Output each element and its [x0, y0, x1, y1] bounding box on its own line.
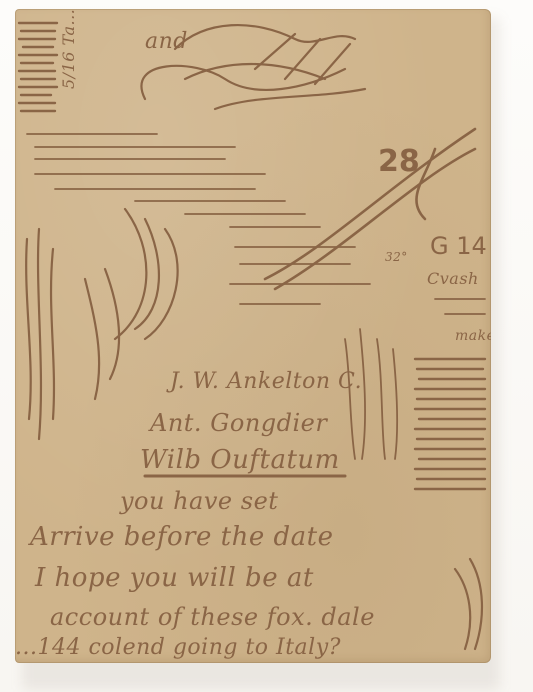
- number-32: 32°: [385, 251, 408, 263]
- script-line-5: Arrive before the date: [30, 524, 334, 550]
- right-fragment-1: Cvash: [427, 271, 479, 287]
- numeral-28: 28: [378, 147, 420, 177]
- script-line-7: account of these fox. dale: [50, 605, 375, 629]
- script-line-4: you have set: [120, 489, 278, 513]
- top-script-word: and: [145, 31, 188, 53]
- photo-stage: 28 G 14 32° 5/16 Ta... and J. W. Ankelto…: [0, 0, 533, 692]
- right-fragment-2: make: [455, 329, 491, 343]
- text-block-right: [415, 359, 485, 489]
- script-line-3: Wilb Ouftatum: [140, 447, 340, 473]
- left-vertical-text: 5/16 Ta...: [61, 9, 77, 89]
- script-line-2: Ant. Gongdier: [150, 411, 327, 435]
- letter-g14: G 14: [430, 234, 487, 258]
- text-block-top-left: [19, 23, 57, 111]
- script-line-6: I hope you will be at: [35, 565, 314, 591]
- script-line-8: ...144 colend going to Italy?: [15, 637, 341, 659]
- script-line-1: J. W. Ankelton C.: [170, 371, 362, 393]
- area-rug: 28 G 14 32° 5/16 Ta... and J. W. Ankelto…: [15, 9, 491, 663]
